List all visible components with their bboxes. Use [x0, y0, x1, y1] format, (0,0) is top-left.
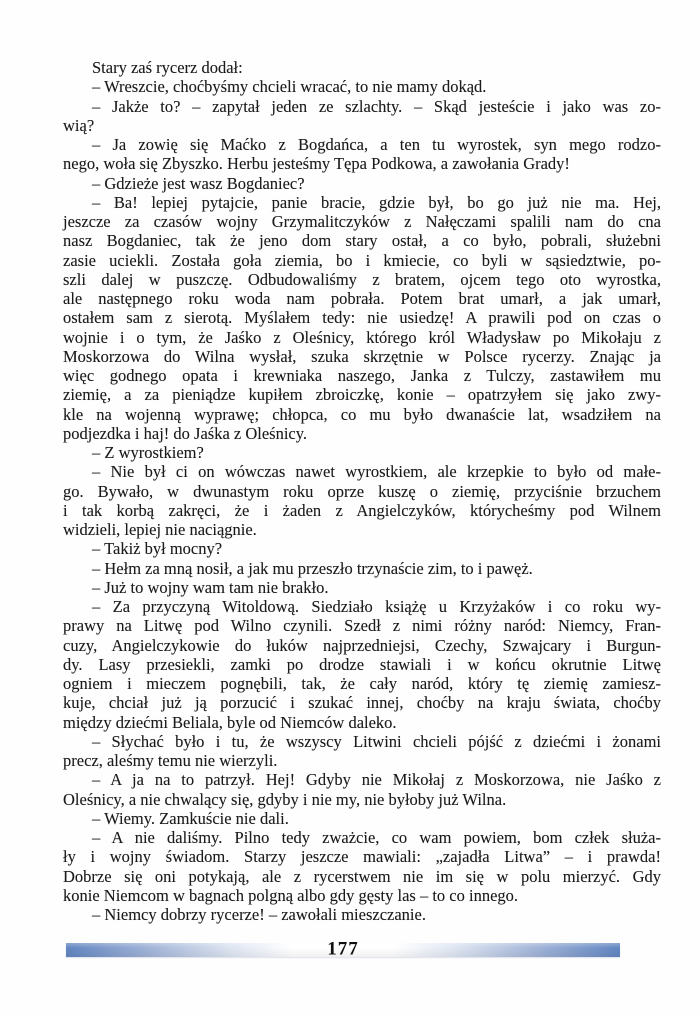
paragraph: – Gdzieże jest wasz Bogdaniec?	[63, 174, 661, 193]
paragraph: – Nie był ci on wówczas nawet wyrostkiem…	[63, 462, 661, 539]
paragraph: – Hełm za mną nosił, a jak mu przeszło t…	[63, 559, 661, 578]
paragraph: Stary zaś rycerz dodał:	[63, 58, 661, 77]
text-line: więc godnego opata i krewniaka naszego, …	[63, 366, 661, 385]
text-line: nego, woła się Zbyszko. Herbu jesteśmy T…	[63, 154, 661, 173]
text-line: Stary zaś rycerz dodał:	[63, 58, 661, 77]
text-line: – Za przyczyną Witoldową. Siedziało ksią…	[63, 597, 661, 616]
text-line: – Nie był ci on wówczas nawet wyrostkiem…	[63, 462, 661, 481]
paragraph: – Wiemy. Zamkuście nie dali.	[63, 809, 661, 828]
text-line: kle na wojenną wyprawę; chłopca, co mu b…	[63, 405, 661, 424]
text-line: nasz Bogdaniec, tak że jeno dom stary os…	[63, 231, 661, 250]
text-line: – Hełm za mną nosił, a jak mu przeszło t…	[63, 559, 661, 578]
text-line: ale następnego roku woda nam pobrała. Po…	[63, 289, 661, 308]
paragraph: – Ja zowię się Maćko z Bogdańca, a ten t…	[63, 135, 661, 174]
text-line: prawy na Litwę pod Wilno czynili. Szedł …	[63, 616, 661, 635]
paragraph: – Słychać było i tu, że wszyscy Litwini …	[63, 732, 661, 771]
text-line: dy. Lasy przesiekli, zamki po drodze sta…	[63, 655, 661, 674]
text-line: ostałem sam z sierotą. Myślałem tedy: ni…	[63, 308, 661, 327]
text-line: – Niemcy dobrzy rycerze! – zawołali mies…	[63, 905, 661, 924]
text-line: – Gdzieże jest wasz Bogdaniec?	[63, 174, 661, 193]
text-line: – Słychać było i tu, że wszyscy Litwini …	[63, 732, 661, 751]
text-line: go. Bywało, w dwunastym roku oprze kuszę…	[63, 482, 661, 501]
text-line: ły i wojny świadom. Starzy jeszcze mawia…	[63, 847, 661, 866]
text-line: i tak korbą zakręci, że i żaden z Angiel…	[63, 501, 661, 520]
text-line: wią?	[63, 116, 661, 135]
text-line: Moskorzowa do Wilna wysłał, szuka skrzęt…	[63, 347, 661, 366]
paragraph: – Z wyrostkiem?	[63, 443, 661, 462]
text-line: – Ba! lepiej pytajcie, panie bracie, gdz…	[63, 193, 661, 212]
text-line: szli dalej w puszczę. Odbudowaliśmy z br…	[63, 270, 661, 289]
text-line: – Wreszcie, choćbyśmy chcieli wracać, to…	[63, 77, 661, 96]
paragraph: – Już to wojny wam tam nie brakło.	[63, 578, 661, 597]
text-line: Oleśnicy, a nie chwalący się, gdyby i ni…	[63, 790, 661, 809]
page-number: 177	[327, 938, 359, 960]
text-line: widzieli, lepiej nie naciągnie.	[63, 520, 661, 539]
text-line: kuje, chciał już ją porzucić i szukać in…	[63, 693, 661, 712]
text-line: – Takiż był mocny?	[63, 539, 661, 558]
text-line: – Wiemy. Zamkuście nie dali.	[63, 809, 661, 828]
text-line: – Już to wojny wam tam nie brakło.	[63, 578, 661, 597]
text-line: wojnie i o tym, że Jaśko z Oleśnicy, któ…	[63, 328, 661, 347]
paragraph: – Ba! lepiej pytajcie, panie bracie, gdz…	[63, 193, 661, 443]
text-line: jeszcze za czasów wojny Grzymalitczyków …	[63, 212, 661, 231]
text-line: między dziećmi Beliala, byle od Niemców …	[63, 713, 661, 732]
text-line: cuzy, Angielczykowie do łuków najprzedni…	[63, 636, 661, 655]
paragraph: – A nie daliśmy. Pilno tedy zważcie, co …	[63, 828, 661, 905]
text-line: precz, aleśmy temu nie wierzyli.	[63, 751, 661, 770]
text-line: – Jakże to? – zapytał jeden ze szlachty.…	[63, 97, 661, 116]
text-line: konie Niemcom w bagnach polgną albo gdy …	[63, 886, 661, 905]
paragraph: – Za przyczyną Witoldową. Siedziało ksią…	[63, 597, 661, 732]
page-footer: 177	[66, 943, 620, 957]
text-line: – Ja zowię się Maćko z Bogdańca, a ten t…	[63, 135, 661, 154]
paragraph: – Wreszcie, choćbyśmy chcieli wracać, to…	[63, 77, 661, 96]
text-block: Stary zaś rycerz dodał:– Wreszcie, choćb…	[63, 58, 661, 924]
text-line: Dobrze się oni potykają, ale z rycerstwe…	[63, 867, 661, 886]
text-line: – A nie daliśmy. Pilno tedy zważcie, co …	[63, 828, 661, 847]
text-line: ziemię, a za pieniądze kupiłem zbroiczkę…	[63, 385, 661, 404]
text-line: – Z wyrostkiem?	[63, 443, 661, 462]
paragraph: – Jakże to? – zapytał jeden ze szlachty.…	[63, 97, 661, 136]
book-page: { "page": { "number": "177" }, "colors":…	[0, 0, 700, 1018]
paragraph: – Takiż był mocny?	[63, 539, 661, 558]
text-line: – A ja na to patrzył. Hej! Gdyby nie Mik…	[63, 770, 661, 789]
text-line: podjezdka i haj! do Jaśka z Oleśnicy.	[63, 424, 661, 443]
text-line: zasie uciekli. Została goła ziemia, bo i…	[63, 251, 661, 270]
text-line: ogniem i mieczem pognębili, tak, że cały…	[63, 674, 661, 693]
paragraph: – A ja na to patrzył. Hej! Gdyby nie Mik…	[63, 770, 661, 809]
paragraph: – Niemcy dobrzy rycerze! – zawołali mies…	[63, 905, 661, 924]
